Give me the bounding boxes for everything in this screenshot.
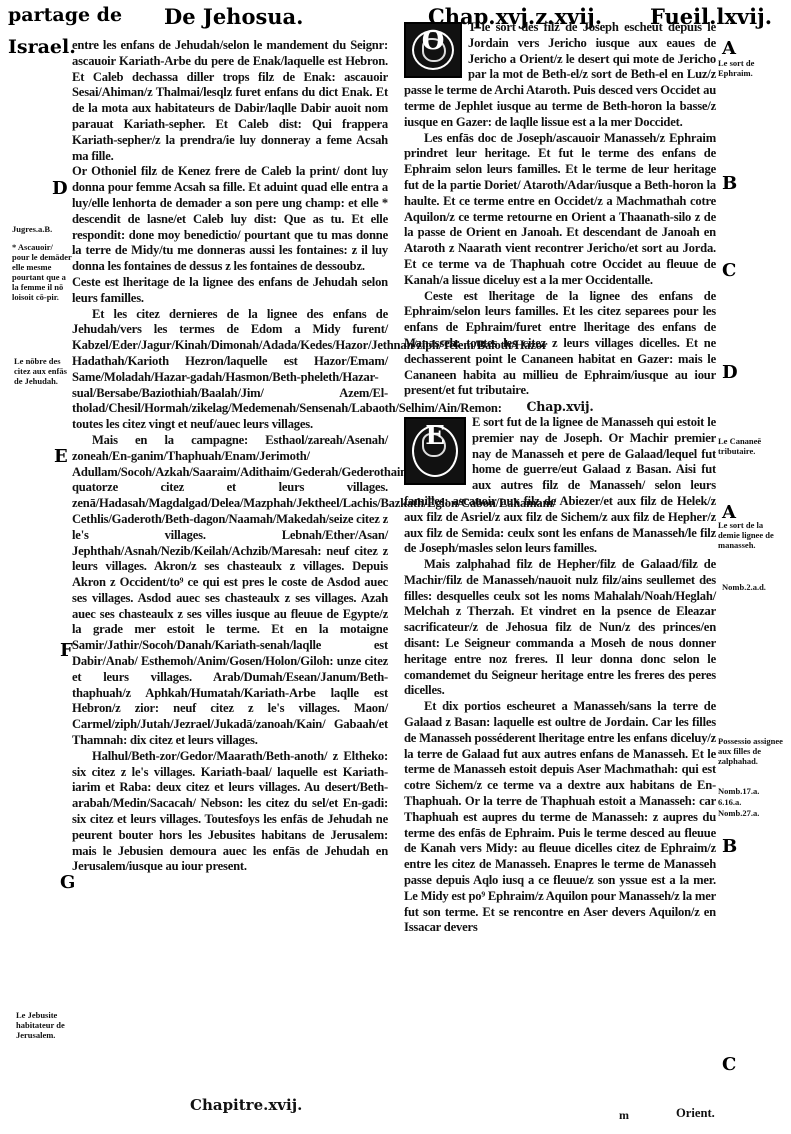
margin-note: Le sort de la demie lignee de manasseh. [718,520,784,550]
paragraph: Mais zalphahad filz de Hepher/filz de Ga… [404,557,716,699]
margin-note: Le sort de Ephraim. [718,58,784,78]
margin-note: Le nōbre des citez aux enfās de Jehudah. [14,356,72,386]
signature-mark: m [619,1108,629,1123]
section-letter: G [60,872,75,893]
paragraph: Et dix portios escheuret a Manasseh/sans… [404,699,716,936]
right-column: O T le sort des filz de Joseph escheut d… [404,20,716,936]
chapter-heading: Chap.xvij. [404,399,716,415]
paragraph: Ceste est lheritage de la lignee des enf… [72,275,388,307]
decorated-initial: O [404,22,462,78]
margin-note: Le Cananeē tributaire. [718,436,784,456]
section-letter: C [722,260,736,281]
margin-note: Le Jebusite habitateur de Jerusalem. [16,1010,72,1040]
margin-note: Nomb.2.a.d. [722,582,784,592]
chapter-heading: Chapitre.xvij. [190,1096,302,1114]
left-column: entre les enfans de Jehudah/selon le man… [72,38,388,875]
paragraph: Mais en la campagne: Esthaol/zareah/Asen… [72,433,388,749]
section-letter: F [60,640,73,661]
decorated-initial: E [404,417,466,485]
running-head-left: partage de [8,4,122,26]
margin-note: Jugres.a.B. [12,224,72,234]
running-head-left-2: Israel. [8,36,76,58]
paragraph: Halhul/Beth-zor/Gedor/Maarath/Beth-anoth… [72,749,388,875]
margin-note: 6.16.a. [718,797,784,807]
paragraph: Et les citez dernieres de la lignee des … [72,307,388,433]
catchword: Orient. [676,1106,715,1121]
paragraph: Or Othoniel filz de Kenez frere de Caleb… [72,164,388,275]
section-letter: A [722,38,736,59]
margin-note: Nomb.17.a. [718,786,784,796]
paragraph: Ceste est lheritage de la lignee des enf… [404,289,716,400]
section-letter: E [54,446,68,467]
section-letter: B [722,836,737,857]
paragraph: entre les enfans de Jehudah/selon le man… [72,38,388,164]
section-letter: B [722,173,737,194]
margin-note: Nomb.27.a. [718,808,784,818]
paragraph: Les enfās doc de Joseph/ascauoir Manasse… [404,131,716,289]
section-letter: D [52,178,68,199]
book-page: partage de Israel. De Jehosua. Chap.xvj.… [0,0,791,1134]
book-title: De Jehosua. [164,4,303,29]
section-letter: C [722,1054,736,1075]
section-letter: D [722,362,738,383]
margin-note: * Ascauoir/ pour le demāder elle mesme p… [12,242,72,302]
margin-note: Possessio assignee aux filles de zalphah… [718,736,784,766]
